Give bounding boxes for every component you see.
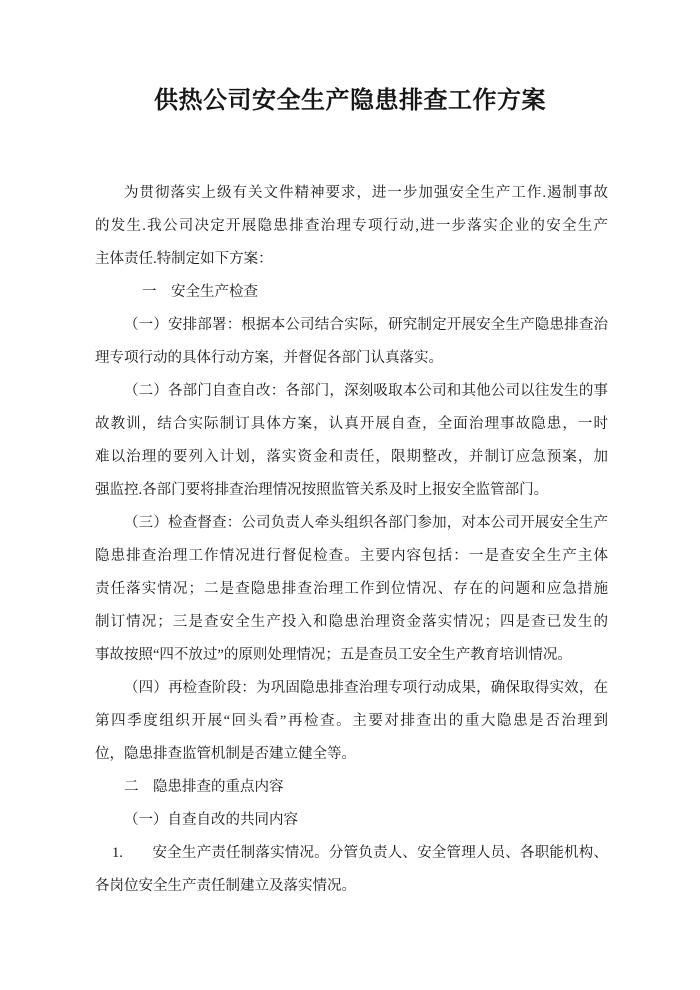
body-line: （四）再检查阶段：为巩固隐患排查治理专项行动成果，确保取得实效，在 [95, 672, 608, 705]
heading-line: 一 安全生产检查 [95, 276, 608, 309]
body-line: 制订情况；三是查安全生产投入和隐患治理资金落实情况；四是查已发生的 [95, 606, 608, 639]
body-line: （一）安排部署：根据本公司结合实际，研究制定开展安全生产隐患排查治 [95, 309, 608, 342]
body-line: 第四季度组织开展“回头看”再检查。主要对排查出的重大隐患是否治理到 [95, 705, 608, 738]
body-line: 位，隐患排查监管机制是否建立健全等。 [95, 738, 608, 771]
body-line: （二）各部门自查自改：各部门，深刻吸取本公司和其他公司以往发生的事 [95, 375, 608, 408]
body-line: 隐患排查治理工作情况进行督促检查。主要内容包括：一是查安全生产主体 [95, 540, 608, 573]
heading-line: （一）自查自改的共同内容 [95, 804, 608, 837]
body-line: （三）检查督查：公司负责人牵头组织各部门参加，对本公司开展安全生产 [95, 507, 608, 540]
body-line: 强监控.各部门要将排查治理情况按照监管关系及时上报安全监管部门。 [95, 474, 608, 507]
body-line: 责任落实情况；二是查隐患排查治理工作到位情况、存在的问题和应急措施 [95, 573, 608, 606]
body-line: 各岗位安全生产责任制建立及落实情况。 [95, 870, 608, 903]
body-line: 主体责任.特制定如下方案： [95, 243, 608, 276]
body-line: 难以治理的要列入计划，落实资金和责任，限期整改，并制订应急预案，加 [95, 441, 608, 474]
body-line: 1. 安全生产责任制落实情况。分管负责人、安全管理人员、各职能机构、 [95, 837, 608, 870]
document-body: 为贯彻落实上级有关文件精神要求，进一步加强安全生产工作.遏制事故的发生.我公司决… [95, 177, 608, 903]
document-title: 供热公司安全生产隐患排查工作方案 [0, 0, 700, 118]
body-line: 事故按照“四不放过”的原则处理情况；五是查员工安全生产教育培训情况。 [95, 639, 608, 672]
body-line: 的发生.我公司决定开展隐患排查治理专项行动,进一步落实企业的安全生产 [95, 210, 608, 243]
heading-line: 二 隐患排查的重点内容 [95, 771, 608, 804]
body-line: 理专项行动的具体行动方案，并督促各部门认真落实。 [95, 342, 608, 375]
body-line: 为贯彻落实上级有关文件精神要求，进一步加强安全生产工作.遏制事故 [95, 177, 608, 210]
document-page: 供热公司安全生产隐患排查工作方案 为贯彻落实上级有关文件精神要求，进一步加强安全… [0, 0, 700, 990]
body-line: 故教训，结合实际制订具体方案，认真开展自查，全面治理事故隐患，一时 [95, 408, 608, 441]
